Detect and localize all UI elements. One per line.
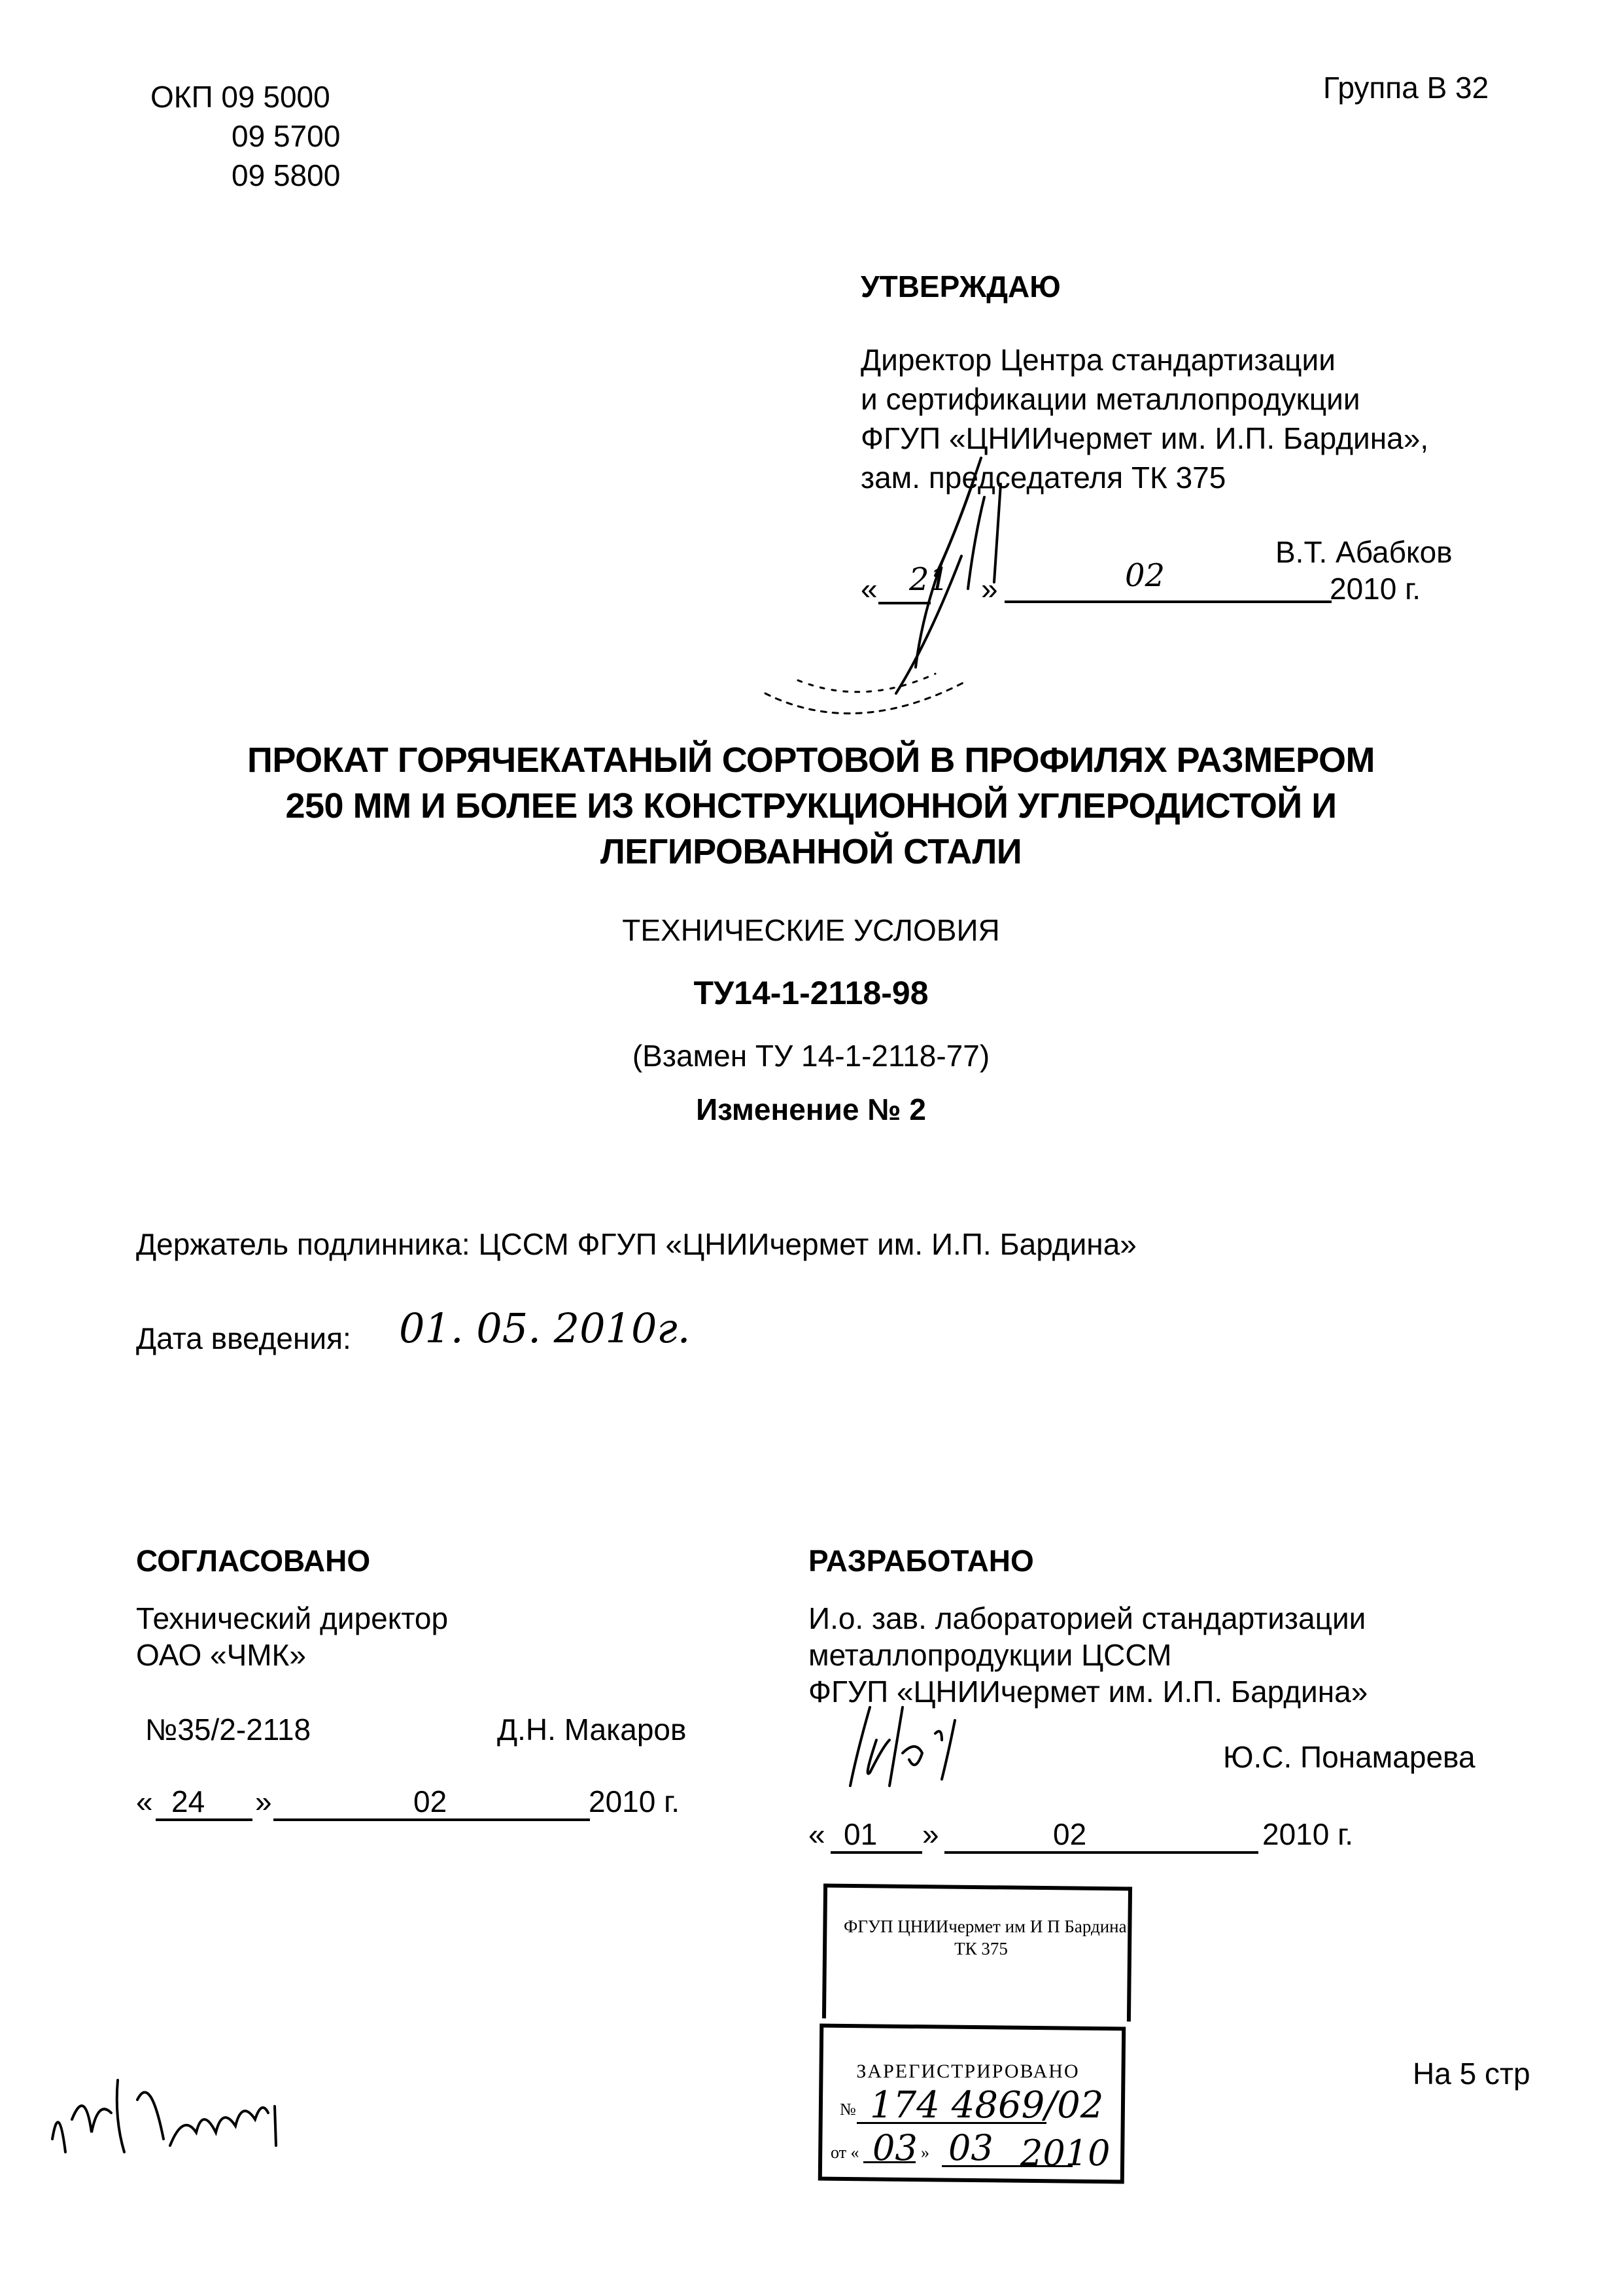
approval-signatory-name: В.Т. Абабков [1275,532,1453,572]
agreed-number: №35/2-2118 [145,1710,311,1749]
title-line: 250 ММ И БОЛЕЕ ИЗ КОНСТРУКЦИОННОЙ УГЛЕРО… [0,785,1622,827]
developed-signatory-name: Ю.С. Понамарева [1223,1737,1475,1777]
developed-date-open-quote: « [808,1815,825,1854]
developed-date-close-quote: » [922,1815,939,1854]
agreed-date-close-quote: » [255,1782,272,1821]
approval-date-month: 02 [1125,557,1165,594]
okp-label: ОКП 09 5000 [150,77,330,116]
approval-date-open-quote: « [861,569,878,608]
developed-date-month-underline [944,1851,1258,1854]
agreed-date-month-underline [273,1818,590,1821]
developed-heading: РАЗРАБОТАНО [808,1541,1034,1580]
approval-signature-icon [870,419,1001,667]
approval-date-year: 2010 г. [1330,569,1421,608]
stamp-date-underline [942,2165,1073,2167]
stamp-number-prefix: № [840,2100,856,2119]
title-line: ПРОКАТ ГОРЯЧЕКАТАНЫЙ СОРТОВОЙ В ПРОФИЛЯХ… [0,739,1622,781]
approval-date-day-underline [878,602,931,604]
stamp-date-close: » [921,2143,929,2163]
approval-position-line: Директор Центра стандартизации [861,340,1336,379]
okp-code: 09 5700 [232,116,340,156]
title-line: ЛЕГИРОВАННОЙ СТАЛИ [0,831,1622,873]
agreed-heading: СОГЛАСОВАНО [136,1541,370,1580]
stamp-org-line: ФГУП ЦНИИчермет им И П Бардина [844,1917,1118,1937]
group-label: Группа В 32 [1323,68,1489,107]
developed-position-line: металлопродукции ЦССМ [808,1635,1171,1675]
intro-date-label: Дата введения: [136,1319,351,1358]
intro-date-value: 01. 05. 2010г. [399,1304,690,1352]
pages-note: На 5 стр [1413,2054,1530,2093]
approval-date-month-underline [1005,600,1332,603]
stamp-number-underline [857,2122,1046,2124]
agreed-date-day: 24 [171,1782,205,1821]
original-holder: Держатель подлинника: ЦССМ ФГУП «ЦНИИчер… [136,1225,1137,1264]
developed-signature-icon [844,1701,975,1786]
document-replaces: (Взамен ТУ 14-1-2118-77) [0,1036,1622,1075]
developed-date-month: 02 [1053,1815,1086,1854]
document-amendment: Изменение № 2 [0,1090,1622,1129]
agreed-date-open-quote: « [136,1782,153,1821]
handwritten-initials-icon [39,2061,288,2165]
stamp-date-day-underline [863,2161,916,2163]
stamp-registered-label: ЗАРЕГИСТРИРОВАНО [844,2061,1092,2083]
document-type: ТЕХНИЧЕСКИЕ УСЛОВИЯ [0,911,1622,950]
agreed-date-year: 2010 г. [589,1782,680,1821]
approval-heading: УТВЕРЖДАЮ [861,267,1061,306]
developed-date-day-underline [831,1851,922,1854]
document-code: ТУ14-1-2118-98 [0,973,1622,1013]
agreed-position-line: ОАО «ЧМК» [136,1635,306,1675]
stamp-date-month: 03 [948,2127,993,2168]
agreed-signatory-name: Д.Н. Макаров [497,1710,686,1749]
agreed-date-month: 02 [413,1782,447,1821]
approval-position-line: и сертификации металлопродукции [861,379,1360,419]
agreed-date-day-underline [156,1818,252,1821]
agreed-position-line: Технический директор [136,1599,448,1638]
stamp-tk-line: ТК 375 [844,1939,1118,1959]
stamp-date-year: 2010 [1020,2132,1110,2174]
seal-fragment-icon [759,654,994,733]
approval-date-close-quote: » [981,569,998,608]
developed-position-line: И.о. зав. лабораторией стандартизации [808,1599,1366,1638]
approval-date-day: 21 [909,561,949,598]
okp-code: 09 5800 [232,156,340,195]
developed-date-day: 01 [844,1815,877,1854]
stamp-date-prefix: от « [831,2143,859,2163]
developed-date-year: 2010 г. [1262,1815,1353,1854]
stamp-number-value: 174 4869/02 [870,2084,1103,2127]
